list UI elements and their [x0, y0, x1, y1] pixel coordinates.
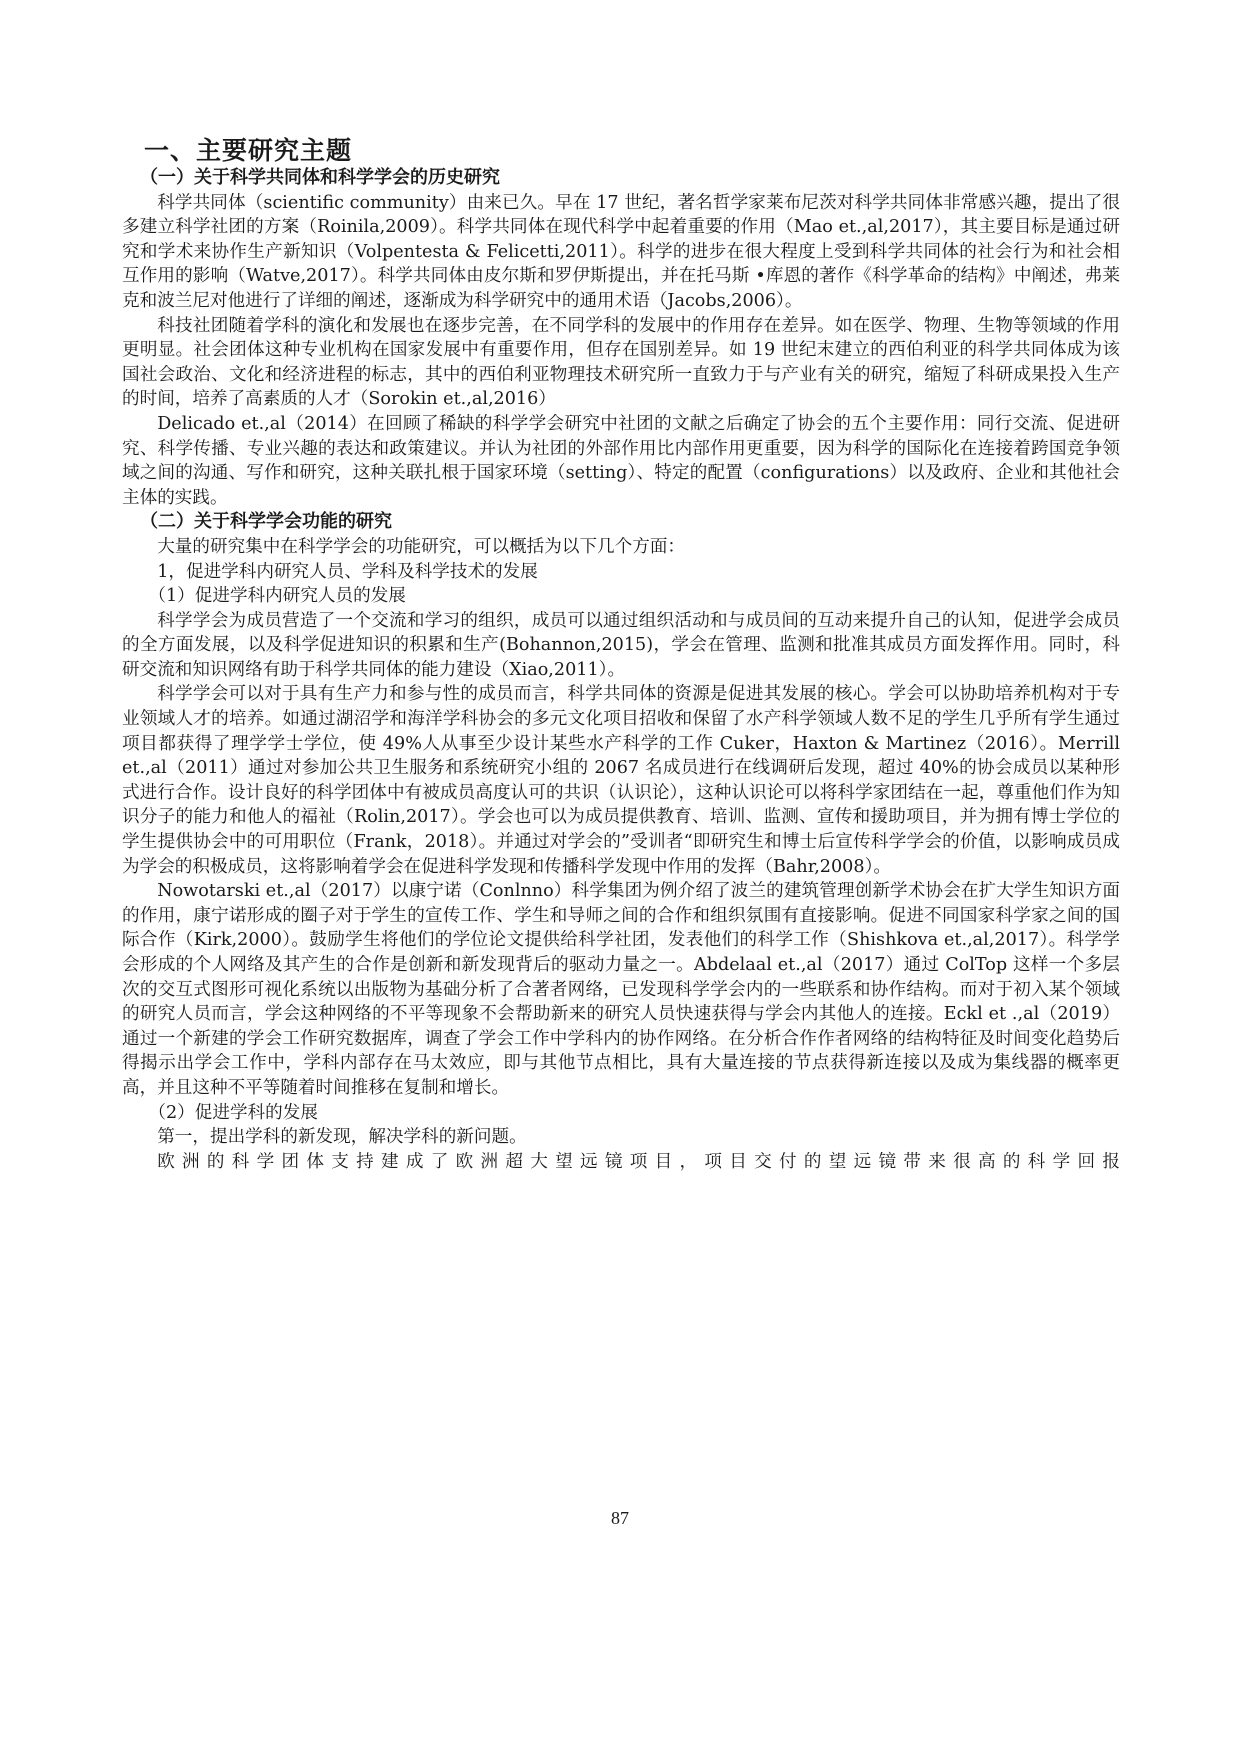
paragraph-intro: 大量的研究集中在科学学会的功能研究，可以概括为以下几个方面： — [122, 535, 1120, 560]
paragraph-telescope: 欧洲的科学团体支持建成了欧洲超大望远镜项目，项目交付的望远镜带来很高的科学回报 — [122, 1150, 1120, 1175]
point-1-heading: 1，促进学科内研究人员、学科及科学技术的发展 — [122, 560, 1120, 585]
paragraph-delicado: Delicado et.,al（2014）在回顾了稀缺的科学学会研究中社团的文献… — [122, 412, 1120, 510]
page-number: 87 — [0, 1508, 1240, 1529]
paragraph-tech-societies: 科技社团随着学科的演化和发展也在逐步完善，在不同学科的发展中的作用存在差异。如在… — [122, 314, 1120, 412]
paragraph-productive-members: 科学学会可以对于具有生产力和参与性的成员而言，科学共同体的资源是促进其发展的核心… — [122, 682, 1120, 879]
point-1-1-heading: （1）促进学科内研究人员的发展 — [122, 584, 1120, 609]
page-body: 一、主要研究主题 （一）关于科学共同体和科学学会的历史研究 科学共同体（scie… — [122, 136, 1120, 1174]
point-1-2-heading: （2）促进学科的发展 — [122, 1101, 1120, 1126]
paragraph-nowotarski: Nowotarski et.,al（2017）以康宁诺（Conlnno）科学集团… — [122, 879, 1120, 1100]
paragraph-member-development: 科学学会为成员营造了一个交流和学习的组织，成员可以通过组织活动和与成员间的互动来… — [122, 609, 1120, 683]
subsection-1-title: （一）关于科学共同体和科学学会的历史研究 — [140, 166, 1120, 191]
first-item: 第一，提出学科的新发现，解决学科的新问题。 — [122, 1125, 1120, 1150]
paragraph-scientific-community: 科学共同体（scientific community）由来已久。早在 17 世纪… — [122, 191, 1120, 314]
subsection-2-title: （二）关于科学学会功能的研究 — [140, 510, 1120, 535]
section-title: 一、主要研究主题 — [144, 136, 1120, 166]
